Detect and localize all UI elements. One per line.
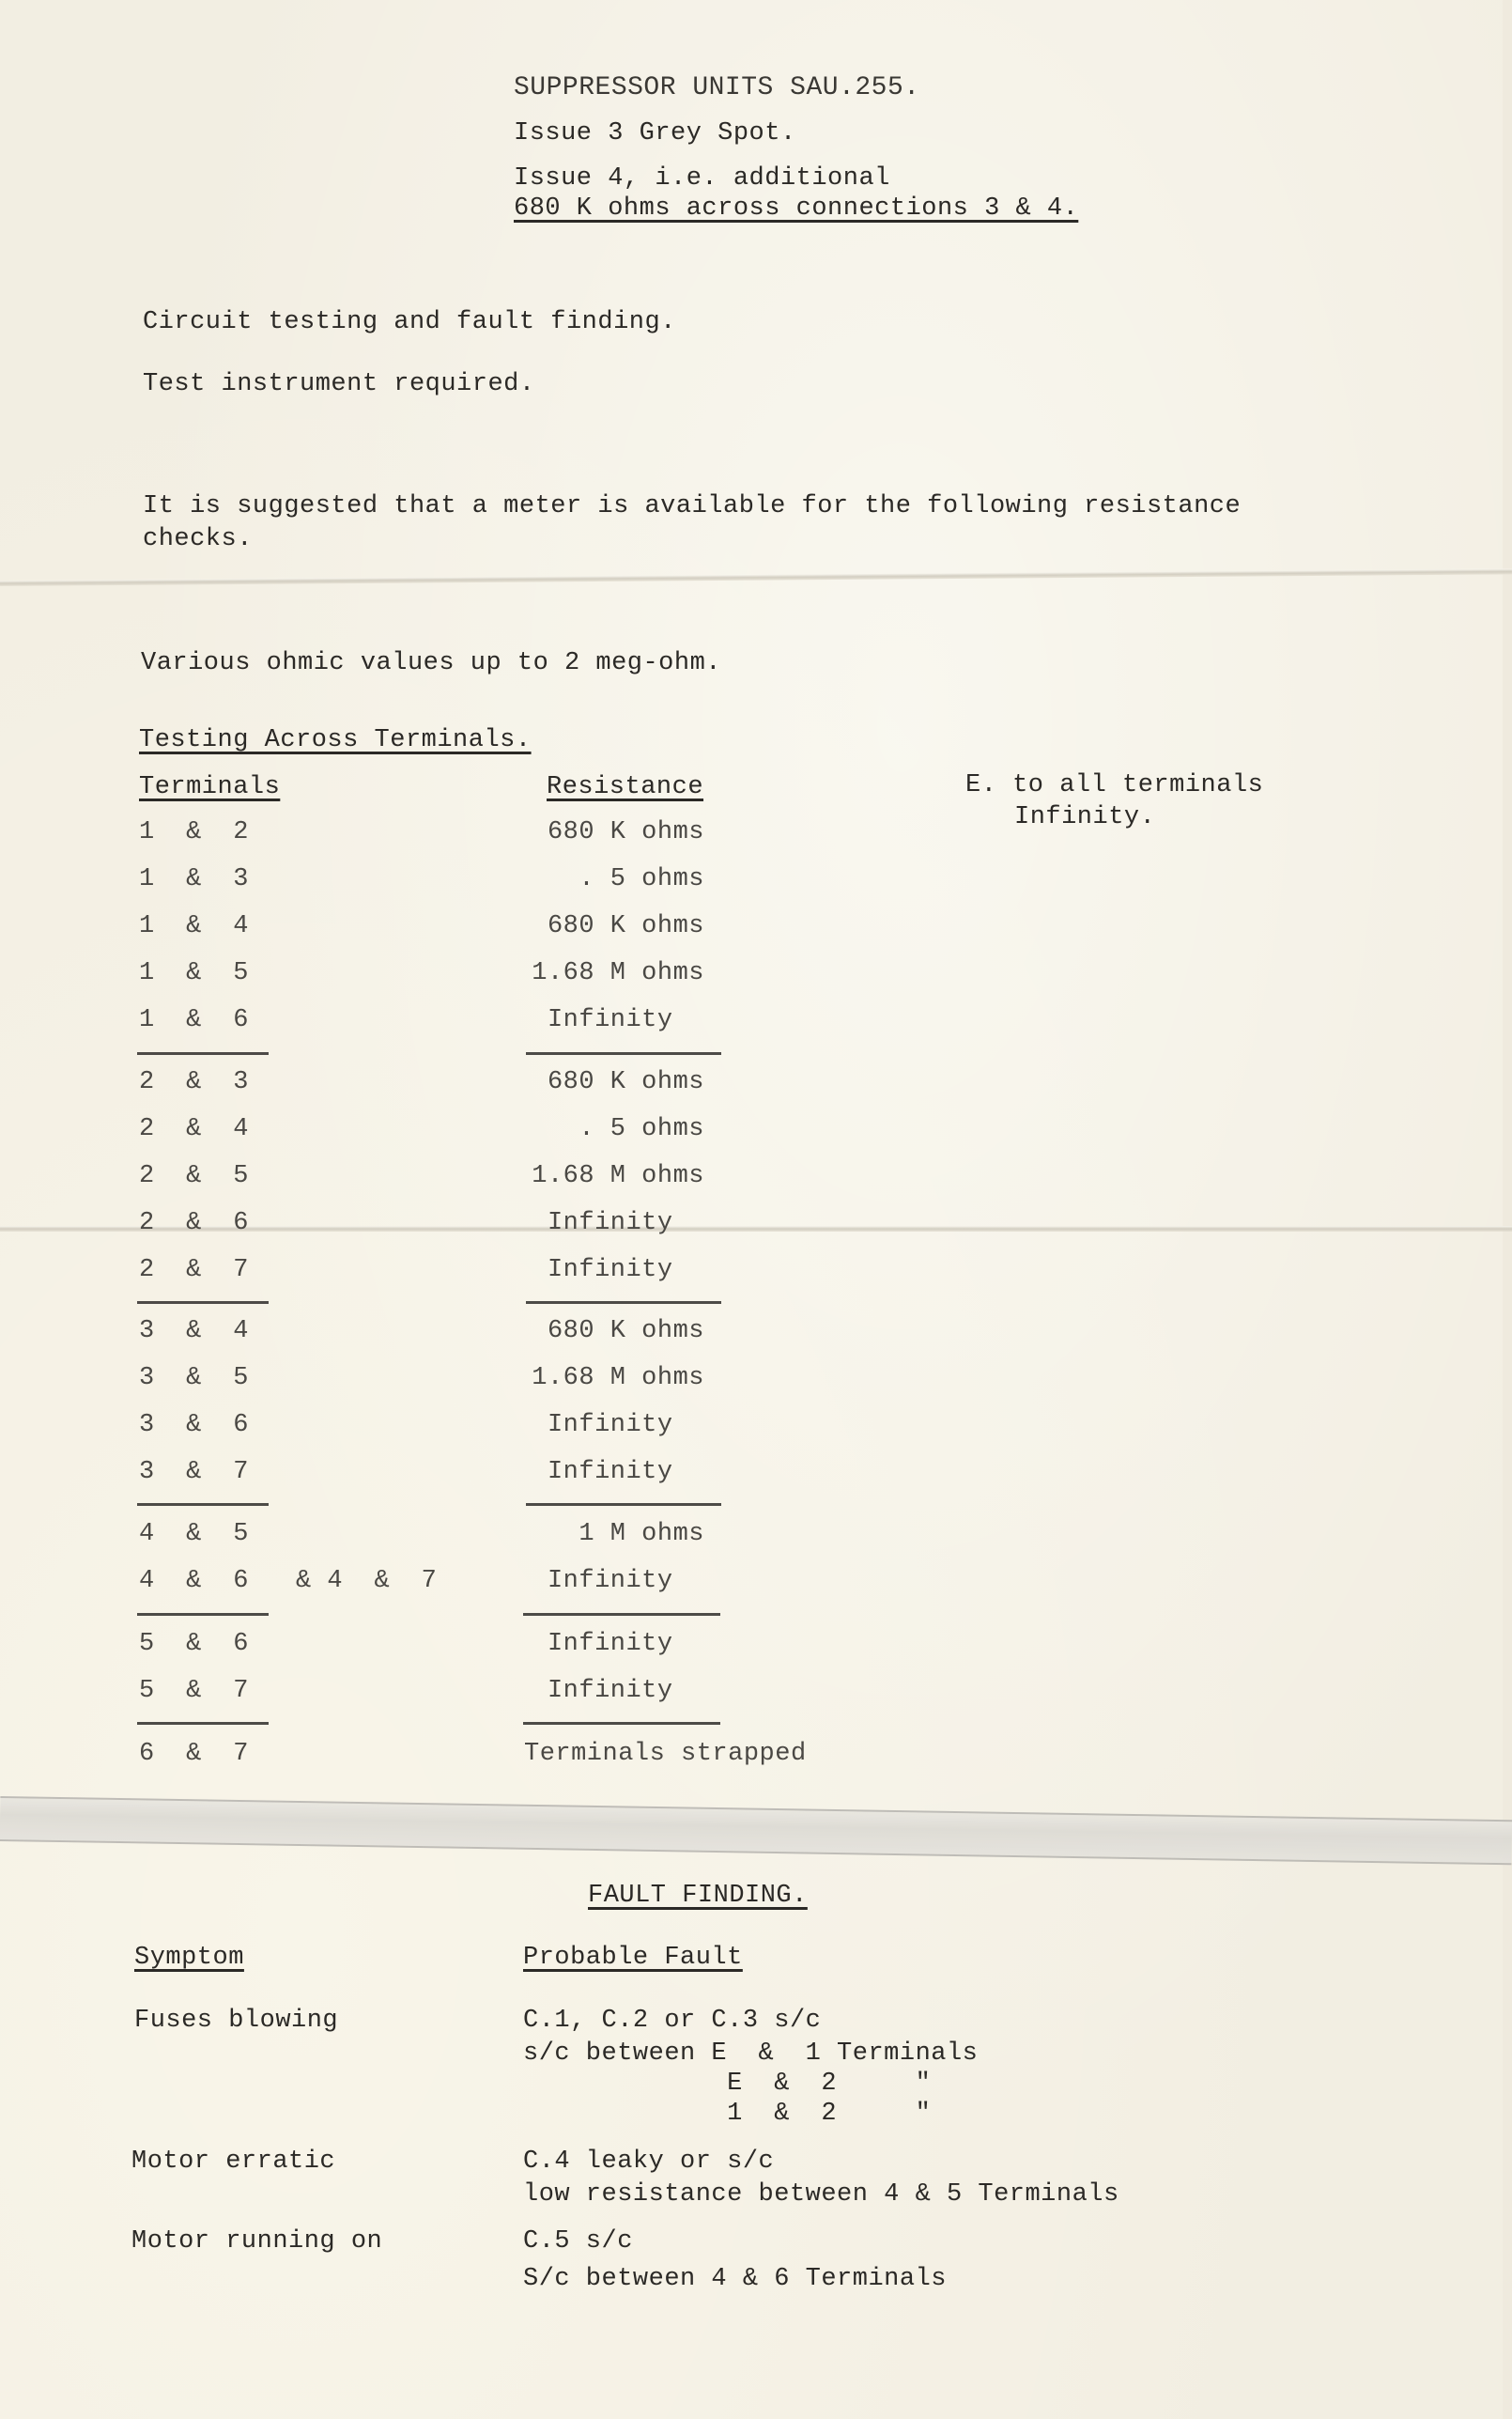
group-divider [137,1722,269,1725]
row-terminals: 4 & 6 [139,1566,249,1596]
issue-3-note: Issue 3 Grey Spot. [514,118,796,148]
row-resistance: Infinity [385,1629,704,1659]
col-header-resistance: Resistance [547,772,703,802]
symptom-label: Motor running on [131,2226,382,2256]
fault-line: 1 & 2 " [523,2099,931,2129]
row-terminals: 6 & 7 [139,1739,249,1769]
row-resistance: Infinity [385,1005,704,1035]
row-resistance: 680 K ohms [385,911,704,941]
row-terminals: 1 & 5 [139,958,249,988]
intro-line-3b: checks. [143,524,253,554]
row-resistance: 680 K ohms [385,1067,704,1097]
group-divider [137,1613,269,1616]
fault-finding-heading: FAULT FINDING. [588,1881,808,1911]
issue-4-note-line2: 680 K ohms across connections 3 & 4. [514,194,1078,224]
row-resistance: Infinity [385,1566,704,1596]
row-terminals: 1 & 4 [139,911,249,941]
intro-line-3a: It is suggested that a meter is availabl… [143,491,1241,521]
group-divider [523,1613,720,1616]
row-terminals: 3 & 7 [139,1457,249,1487]
intro-line-2: Test instrument required. [143,369,535,399]
group-divider [137,1301,269,1304]
fault-line: E & 2 " [523,2069,931,2099]
row-resistance: Infinity [385,1255,704,1285]
row-terminals: 2 & 3 [139,1067,249,1097]
symptom-label: Fuses blowing [134,2006,338,2036]
intro-line-1: Circuit testing and fault finding. [143,307,676,337]
symptom-label: Motor erratic [131,2147,335,2177]
group-divider [526,1503,721,1506]
row-terminals: 2 & 4 [139,1114,249,1144]
col-header-symptom: Symptom [134,1943,244,1973]
issue-4-note-line1: Issue 4, i.e. additional [514,163,890,194]
row-terminals: 4 & 5 [139,1519,249,1549]
group-divider [526,1052,721,1055]
row-terminals: 5 & 6 [139,1629,249,1659]
row-resistance: 680 K ohms [385,817,704,847]
row-resistance: 1.68 M ohms [385,1161,704,1191]
group-divider [523,1722,720,1725]
row-resistance: 1 M ohms [385,1519,704,1549]
row-resistance: Infinity [385,1457,704,1487]
row-resistance: 680 K ohms [385,1316,704,1346]
row-terminals: 2 & 5 [139,1161,249,1191]
row-terminals: 3 & 5 [139,1363,249,1393]
col-header-probable-fault: Probable Fault [523,1943,743,1973]
row-terminals: 1 & 2 [139,817,249,847]
row-resistance: . 5 ohms [385,1114,704,1144]
testing-heading: Testing Across Terminals. [139,725,532,755]
earth-note-line1: E. to all terminals [965,770,1263,800]
row-resistance: . 5 ohms [385,864,704,894]
row-resistance: Terminals strapped [524,1739,807,1769]
row-terminals: 5 & 7 [139,1676,249,1706]
row-resistance: 1.68 M ohms [385,958,704,988]
fault-line: low resistance between 4 & 5 Terminals [523,2179,1119,2210]
row-resistance: Infinity [385,1208,704,1238]
row-terminals: 3 & 6 [139,1410,249,1440]
row-terminals: 2 & 6 [139,1208,249,1238]
row-terminals: 1 & 6 [139,1005,249,1035]
group-divider [526,1301,721,1304]
row-terminals: 3 & 4 [139,1316,249,1346]
document-title: SUPPRESSOR UNITS SAU.255. [514,73,920,103]
fault-line: S/c between 4 & 6 Terminals [523,2264,947,2294]
row-resistance: Infinity [385,1410,704,1440]
fault-line: C.1, C.2 or C.3 s/c [523,2006,821,2036]
row-terminals: 2 & 7 [139,1255,249,1285]
fault-line: C.5 s/c [523,2226,633,2256]
col-header-terminals: Terminals [139,772,280,802]
row-resistance: 1.68 M ohms [385,1363,704,1393]
intro-line-4: Various ohmic values up to 2 meg-ohm. [141,648,721,678]
row-terminals: 1 & 3 [139,864,249,894]
fault-line: C.4 leaky or s/c [523,2147,774,2177]
earth-note-line2: Infinity. [1014,802,1155,832]
fault-line: s/c between E & 1 Terminals [523,2039,978,2069]
row-resistance: Infinity [385,1676,704,1706]
group-divider [137,1052,269,1055]
group-divider [137,1503,269,1506]
